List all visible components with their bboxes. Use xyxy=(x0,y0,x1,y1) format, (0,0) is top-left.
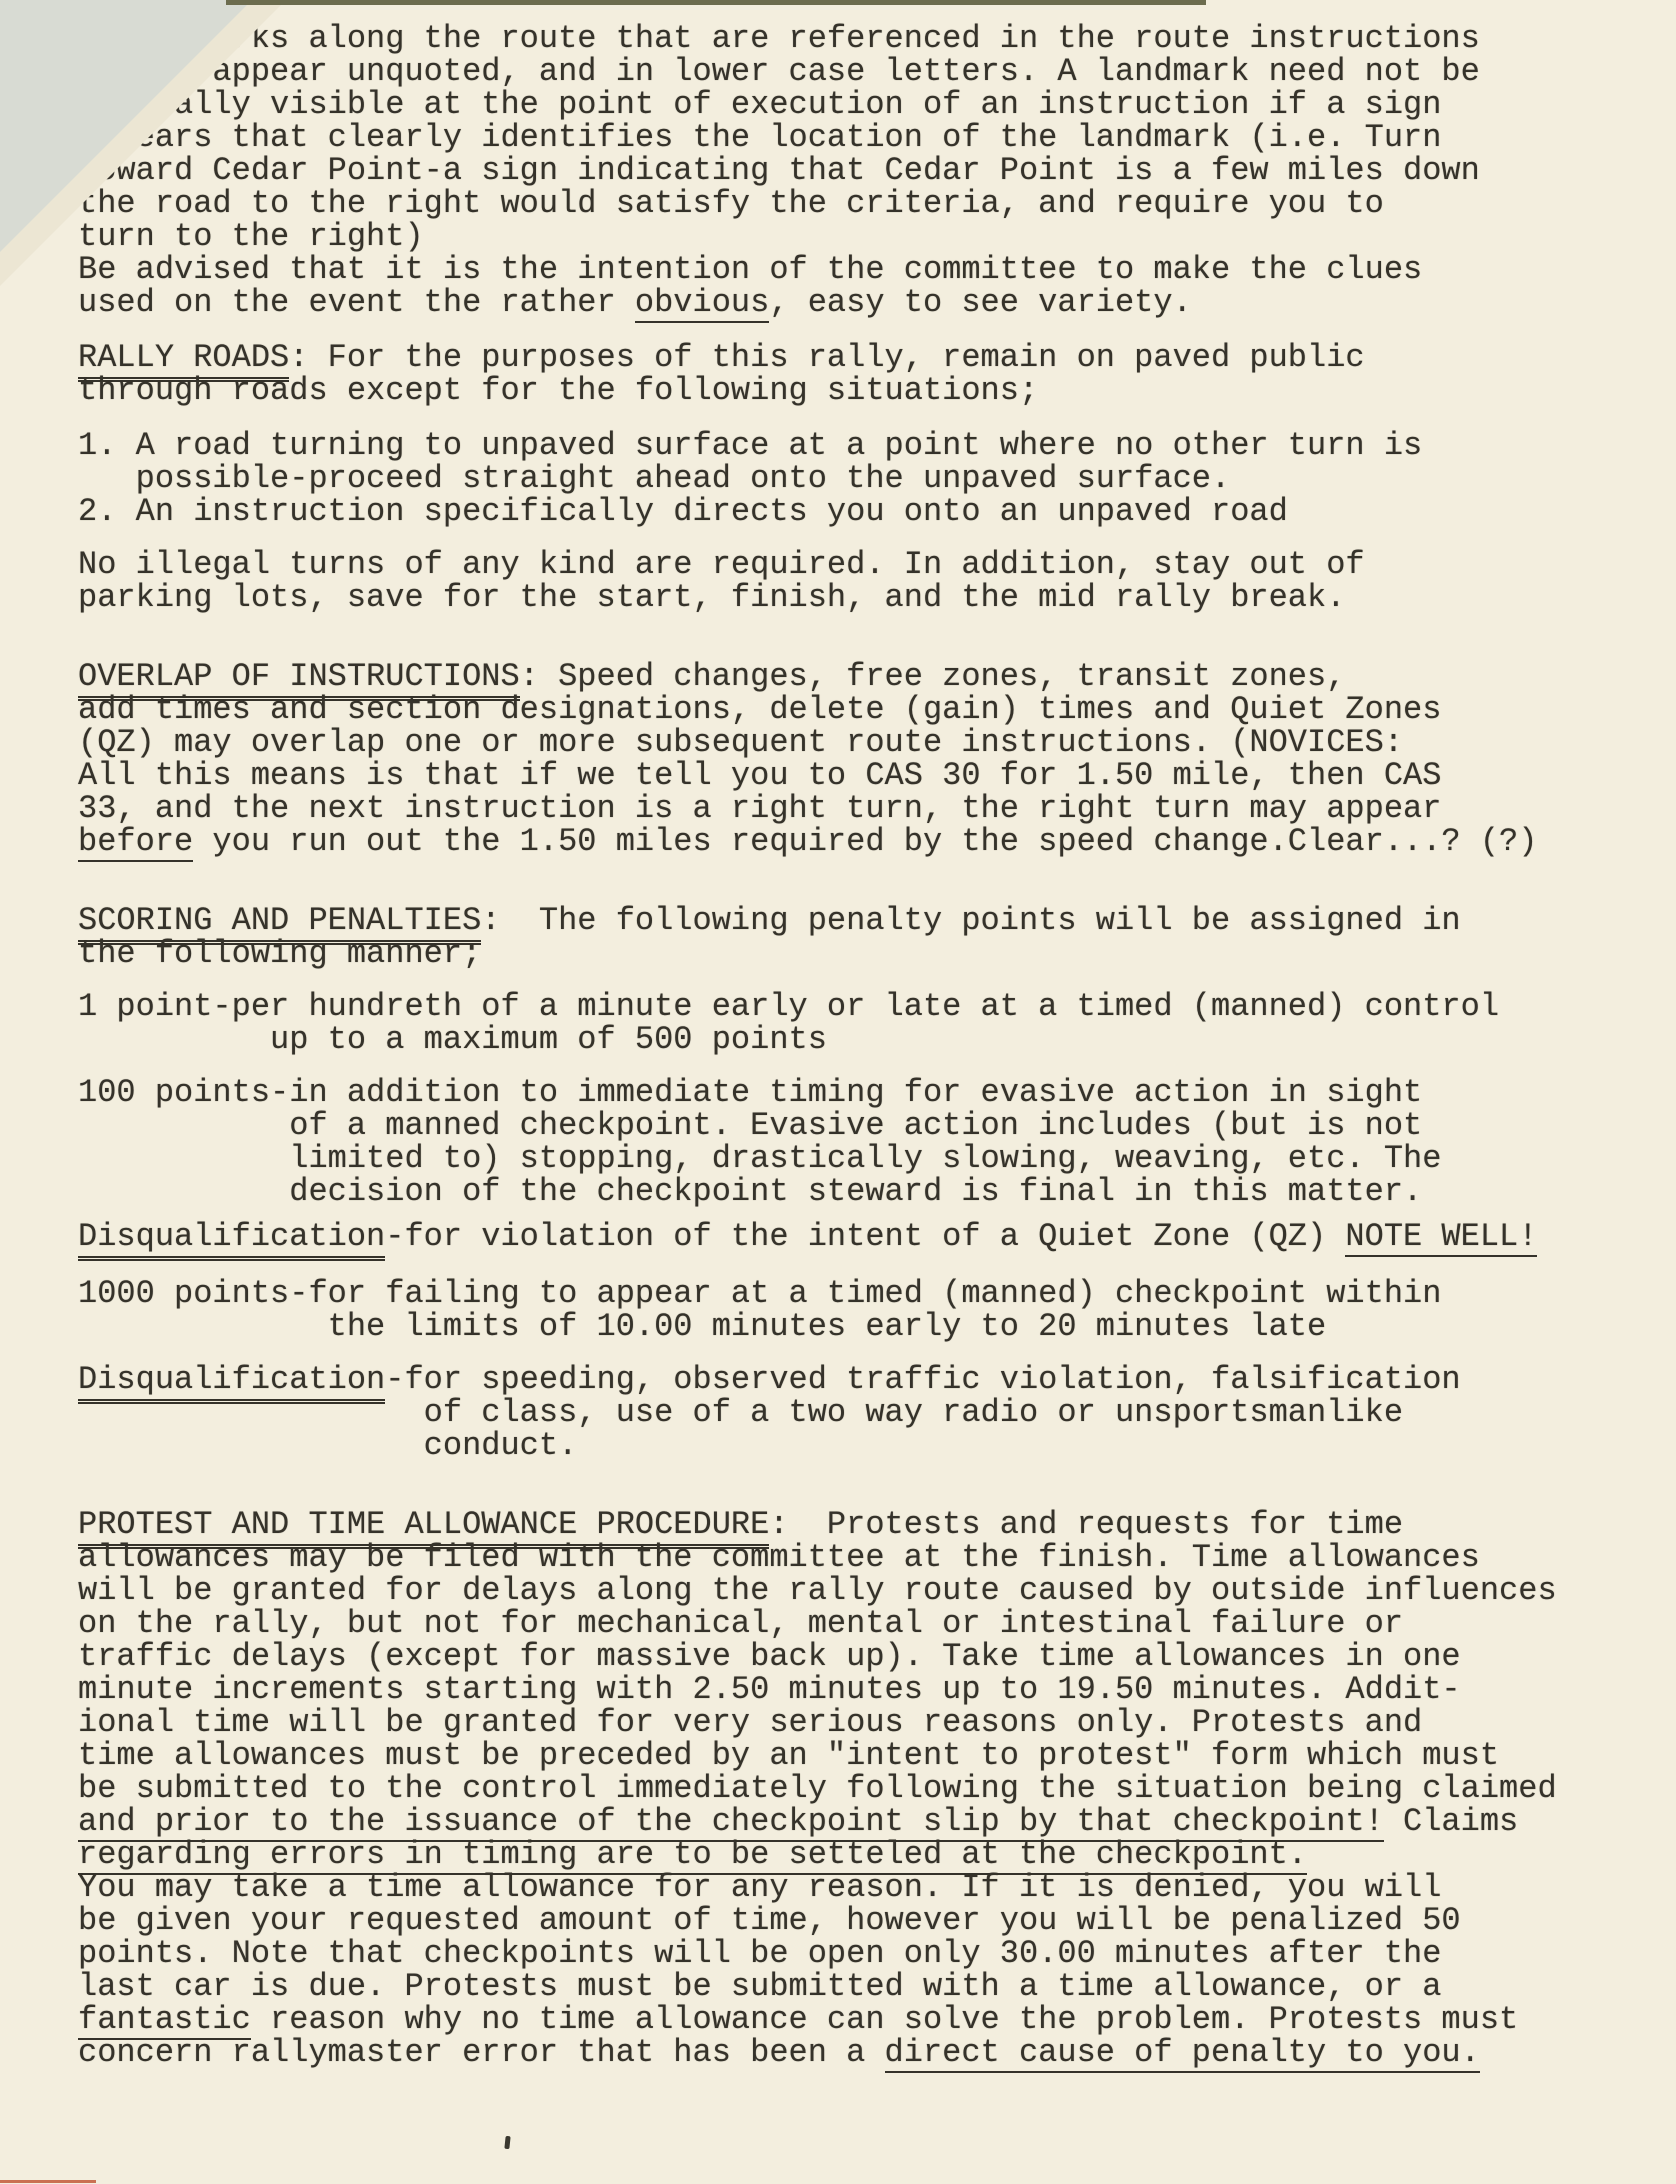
hundred-points-penalty: 100 points-in addition to immediate timi… xyxy=(78,1076,1676,1208)
text-line: will be granted for delays along the ral… xyxy=(78,1574,1676,1607)
ink-speck xyxy=(504,2136,510,2149)
text-line: add times and section designations, dele… xyxy=(78,693,1676,726)
scoring-and-penalties-section: SCORING AND PENALTIES: The following pen… xyxy=(78,904,1676,970)
disqualification-speeding: Disqualification-for speeding, observed … xyxy=(78,1363,1676,1462)
one-point-penalty: 1 point-per hundreth of a minute early o… xyxy=(78,990,1676,1056)
text-line: (QZ) may overlap one or more subsequent … xyxy=(78,726,1676,759)
underlined-text: before xyxy=(78,823,193,862)
text-line: 1 point-per hundreth of a minute early o… xyxy=(78,990,1676,1023)
text-line: allowances may be filed with the committ… xyxy=(78,1541,1676,1574)
text-run: up to a maximum of 500 points xyxy=(78,1021,827,1058)
text-run: last car is due. Protests must be submit… xyxy=(78,1968,1441,2005)
text-line: and prior to the issuance of the checkpo… xyxy=(78,1805,1676,1838)
text-run: be submitted to the control immediately … xyxy=(78,1770,1557,1807)
text-run: will be granted for delays along the ral… xyxy=(78,1572,1557,1609)
text-line: be submitted to the control immediately … xyxy=(78,1772,1676,1805)
text-line: regarding errors in timing are to be set… xyxy=(78,1838,1676,1871)
thousand-points-penalty: 1000 points-for failing to appear at a t… xyxy=(78,1277,1676,1343)
underlined-text: direct cause of penalty to you. xyxy=(885,2034,1480,2073)
text-run: 1. A road turning to unpaved surface at … xyxy=(78,427,1422,464)
text-line: Disqualification-for violation of the in… xyxy=(78,1220,1676,1253)
text-run: minute increments starting with 2.50 min… xyxy=(78,1671,1461,1708)
underlined-text: NOTE WELL! xyxy=(1345,1218,1537,1257)
text-line: Be advised that it is the intention of t… xyxy=(78,253,1676,286)
text-run: be given your requested amount of time, … xyxy=(78,1902,1461,1939)
text-line: concern rallymaster error that has been … xyxy=(78,2036,1676,2069)
text-line: All this means is that if we tell you to… xyxy=(78,759,1676,792)
text-run: on the rally, but not for mechanical, me… xyxy=(78,1605,1403,1642)
typewritten-page-text: marks along the route that are reference… xyxy=(78,22,1676,2069)
text-run: 33, and the next instruction is a right … xyxy=(78,790,1441,827)
text-line: traffic delays (except for massive back … xyxy=(78,1640,1676,1673)
text-run: toward Cedar Point-a sign indicating tha… xyxy=(78,152,1480,189)
text-line: of a manned checkpoint. Evasive action i… xyxy=(78,1109,1676,1142)
text-line: through roads except for the following s… xyxy=(78,374,1676,407)
text-line: marks along the route that are reference… xyxy=(78,22,1676,55)
text-run: you run out the 1.50 miles required by t… xyxy=(193,823,1537,860)
text-run: of class, use of a two way radio or unsp… xyxy=(78,1394,1403,1431)
text-line: SCORING AND PENALTIES: The following pen… xyxy=(78,904,1676,937)
text-run: Claims xyxy=(1384,1803,1518,1840)
text-run: Be advised that it is the intention of t… xyxy=(78,251,1422,288)
text-run: reason why no time allowance can solve t… xyxy=(251,2001,1518,2038)
text-run: traffic delays (except for massive back … xyxy=(78,1638,1461,1675)
text-run: marks along the route that are reference… xyxy=(78,20,1480,57)
text-run: : For the purposes of this rally, remain… xyxy=(289,339,1364,376)
text-run: 2. An instruction specifically directs y… xyxy=(78,493,1288,530)
rally-roads-section: RALLY ROADS: For the purposes of this ra… xyxy=(78,341,1676,407)
text-run: No illegal turns of any kind are require… xyxy=(78,546,1365,583)
text-run: possible-proceed straight ahead onto the… xyxy=(78,460,1230,497)
text-run: of a manned checkpoint. Evasive action i… xyxy=(78,1107,1422,1144)
text-run: 100 points-in addition to immediate timi… xyxy=(78,1074,1422,1111)
text-run: the limits of 10.00 minutes early to 20 … xyxy=(78,1308,1326,1345)
text-run: concern rallymaster error that has been … xyxy=(78,2034,885,2071)
bottom-left-mark xyxy=(0,2180,96,2183)
text-line: parking lots, save for the start, finish… xyxy=(78,581,1676,614)
text-line: 33, and the next instruction is a right … xyxy=(78,792,1676,825)
text-run: : Protests and requests for time xyxy=(769,1506,1403,1543)
text-run: allowances may be filed with the committ… xyxy=(78,1539,1480,1576)
text-run: the following manner; xyxy=(78,935,481,972)
text-line: before you run out the 1.50 miles requir… xyxy=(78,825,1676,858)
text-run: : The following penalty points will be a… xyxy=(481,902,1460,939)
overlap-of-instructions-section: OVERLAP OF INSTRUCTIONS: Speed changes, … xyxy=(78,660,1676,858)
text-line: the road to the right would satisfy the … xyxy=(78,187,1676,220)
text-run: 1 point-per hundreth of a minute early o… xyxy=(78,988,1499,1025)
text-line: ctually visible at the point of executio… xyxy=(78,88,1676,121)
text-line: No illegal turns of any kind are require… xyxy=(78,548,1676,581)
text-run: : Speed changes, free zones, transit zon… xyxy=(520,658,1346,695)
text-run: ctually visible at the point of executio… xyxy=(78,86,1441,123)
text-line: of class, use of a two way radio or unsp… xyxy=(78,1396,1676,1429)
text-run: through roads except for the following s… xyxy=(78,372,1038,409)
text-line: Disqualification-for speeding, observed … xyxy=(78,1363,1676,1396)
underlined-text: obvious xyxy=(635,284,769,323)
text-run: ional time will be granted for very seri… xyxy=(78,1704,1422,1741)
text-run: parking lots, save for the start, finish… xyxy=(78,579,1345,616)
text-line: 1. A road turning to unpaved surface at … xyxy=(78,429,1676,462)
text-line: turn to the right) xyxy=(78,220,1676,253)
text-line: up to a maximum of 500 points xyxy=(78,1023,1676,1056)
text-run: add times and section designations, dele… xyxy=(78,691,1441,728)
text-run: (QZ) may overlap one or more subsequent … xyxy=(78,724,1403,761)
text-run: appears that clearly identifies the loca… xyxy=(78,119,1441,156)
page-top-edge-strip xyxy=(226,0,1206,5)
text-line: decision of the checkpoint steward is fi… xyxy=(78,1175,1676,1208)
text-line: You may take a time allowance for any re… xyxy=(78,1871,1676,1904)
text-run: All this means is that if we tell you to… xyxy=(78,757,1441,794)
text-line: be given your requested amount of time, … xyxy=(78,1904,1676,1937)
text-line: OVERLAP OF INSTRUCTIONS: Speed changes, … xyxy=(78,660,1676,693)
text-run: You may take a time allowance for any re… xyxy=(78,1869,1441,1906)
text-line: the following manner; xyxy=(78,937,1676,970)
text-run: turn to the right) xyxy=(78,218,424,255)
text-line: on the rally, but not for mechanical, me… xyxy=(78,1607,1676,1640)
disqualification-quiet-zone: Disqualification-for violation of the in… xyxy=(78,1220,1676,1253)
text-line: the limits of 10.00 minutes early to 20 … xyxy=(78,1310,1676,1343)
text-line: 2. An instruction specifically directs y… xyxy=(78,495,1676,528)
text-line: possible-proceed straight ahead onto the… xyxy=(78,462,1676,495)
text-line: minute increments starting with 2.50 min… xyxy=(78,1673,1676,1706)
text-line: ional time will be granted for very seri… xyxy=(78,1706,1676,1739)
text-line: il appear unquoted, and in lower case le… xyxy=(78,55,1676,88)
text-line: points. Note that checkpoints will be op… xyxy=(78,1937,1676,1970)
text-run: points. Note that checkpoints will be op… xyxy=(78,1935,1441,1972)
text-run: decision of the checkpoint steward is fi… xyxy=(78,1173,1422,1210)
text-run: , easy to see variety. xyxy=(769,284,1191,321)
text-run: -for violation of the intent of a Quiet … xyxy=(385,1218,1345,1255)
rally-roads-list: 1. A road turning to unpaved surface at … xyxy=(78,429,1676,528)
intro-paragraph: marks along the route that are reference… xyxy=(78,22,1676,319)
text-line: RALLY ROADS: For the purposes of this ra… xyxy=(78,341,1676,374)
text-run: il appear unquoted, and in lower case le… xyxy=(78,53,1480,90)
text-run: -for speeding, observed traffic violatio… xyxy=(385,1361,1460,1398)
text-run: 1000 points-for failing to appear at a t… xyxy=(78,1275,1441,1312)
text-line: last car is due. Protests must be submit… xyxy=(78,1970,1676,2003)
text-line: appears that clearly identifies the loca… xyxy=(78,121,1676,154)
text-line: 100 points-in addition to immediate timi… xyxy=(78,1076,1676,1109)
text-line: used on the event the rather obvious, ea… xyxy=(78,286,1676,319)
text-run: conduct. xyxy=(78,1427,577,1464)
text-run: time allowances must be preceded by an "… xyxy=(78,1737,1499,1774)
underlined-text: Disqualification xyxy=(78,1218,385,1261)
no-illegal-turns-paragraph: No illegal turns of any kind are require… xyxy=(78,548,1676,614)
text-line: PROTEST AND TIME ALLOWANCE PROCEDURE: Pr… xyxy=(78,1508,1676,1541)
text-line: toward Cedar Point-a sign indicating tha… xyxy=(78,154,1676,187)
text-line: 1000 points-for failing to appear at a t… xyxy=(78,1277,1676,1310)
text-line: time allowances must be preceded by an "… xyxy=(78,1739,1676,1772)
protest-and-time-allowance-section: PROTEST AND TIME ALLOWANCE PROCEDURE: Pr… xyxy=(78,1508,1676,2069)
text-run: the road to the right would satisfy the … xyxy=(78,185,1384,222)
text-line: limited to) stopping, drastically slowin… xyxy=(78,1142,1676,1175)
text-run: used on the event the rather xyxy=(78,284,635,321)
text-line: conduct. xyxy=(78,1429,1676,1462)
text-line: fantastic reason why no time allowance c… xyxy=(78,2003,1676,2036)
text-run: limited to) stopping, drastically slowin… xyxy=(78,1140,1441,1177)
